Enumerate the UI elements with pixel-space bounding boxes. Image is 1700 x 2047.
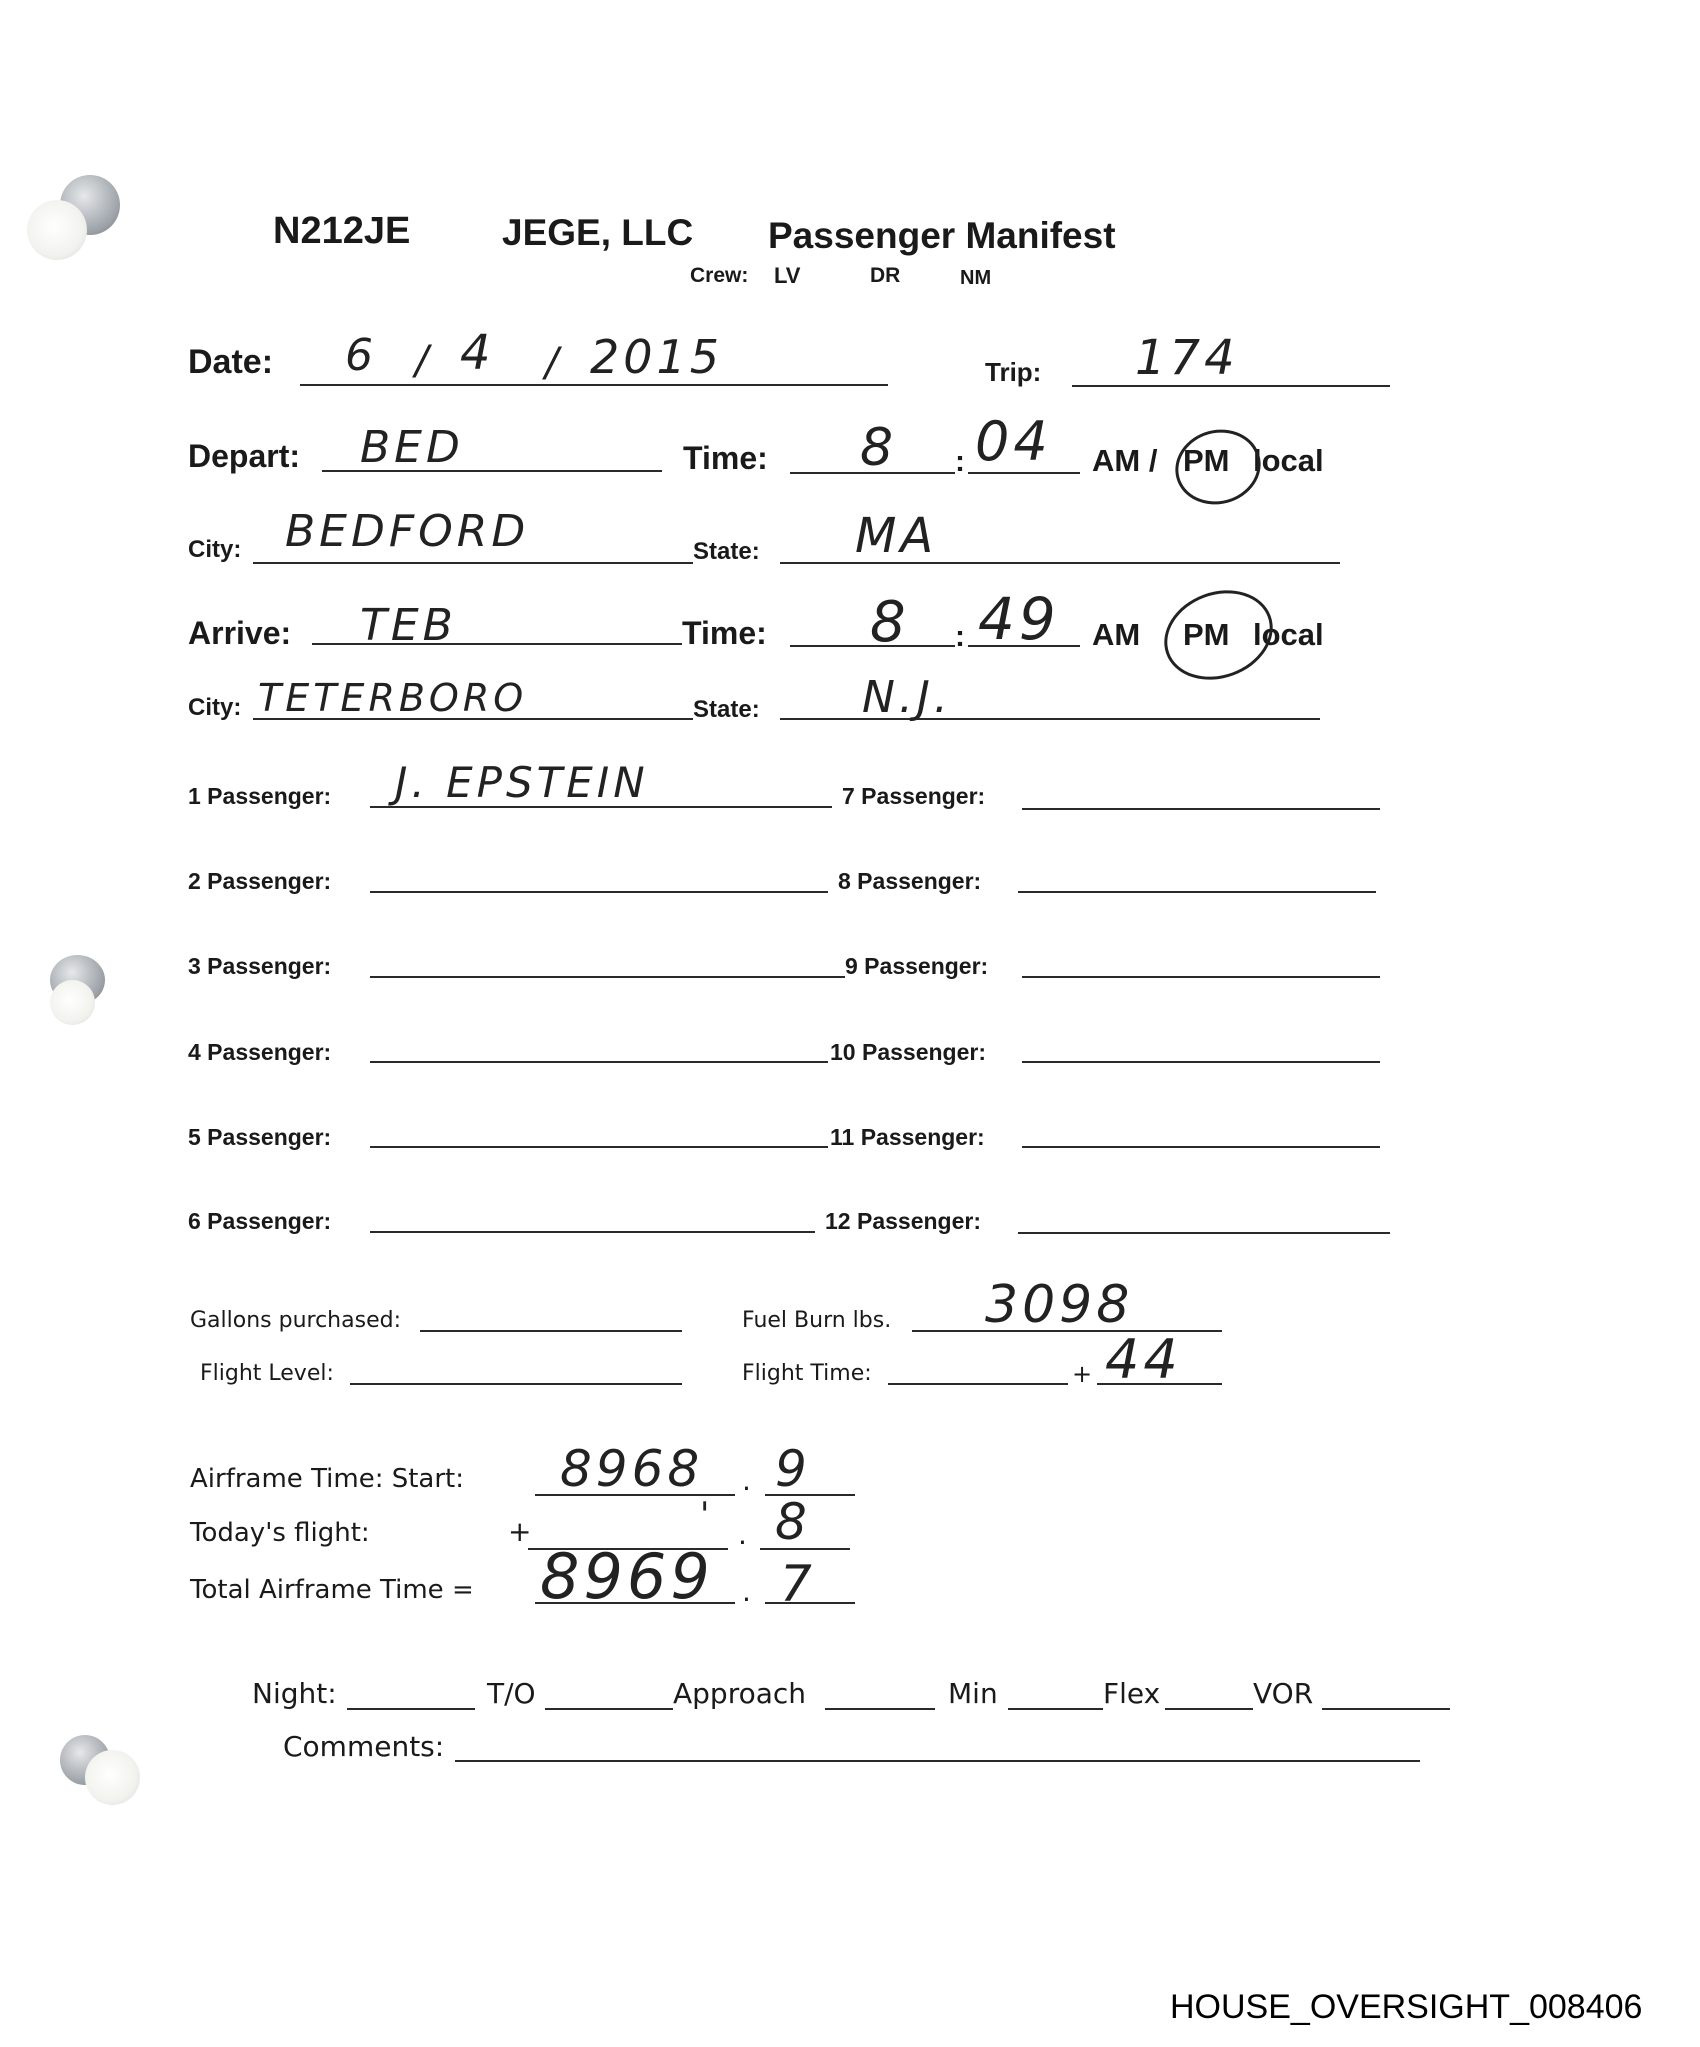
vor-label: VOR	[1253, 1677, 1313, 1710]
hole-punch-middle	[40, 950, 120, 1060]
flight-level-line[interactable]	[350, 1383, 682, 1385]
passenger-8-label: 8 Passenger:	[838, 868, 981, 895]
date-month[interactable]: 6	[345, 330, 377, 381]
crew-member-3: NM	[960, 267, 991, 290]
arrive-city-label: City:	[188, 694, 241, 722]
arrive-state-label: State:	[693, 696, 760, 724]
depart-label: Depart:	[188, 438, 300, 475]
arrive-pm-circle-mark	[1152, 576, 1286, 695]
approach-label: Approach	[673, 1677, 806, 1710]
total-airframe-tenth[interactable]: 7	[780, 1555, 816, 1613]
date-day[interactable]: 4	[460, 325, 495, 381]
passenger-12-label: 12 Passenger:	[825, 1208, 981, 1235]
comments-line[interactable]	[455, 1760, 1420, 1762]
total-airframe-dot: .	[742, 1575, 751, 1608]
date-sep-1: /	[415, 338, 432, 384]
todays-flight-label: Today's flight:	[190, 1518, 370, 1548]
todays-flight-dot: .	[738, 1518, 747, 1551]
arrive-state[interactable]: N.J.	[862, 672, 952, 723]
flex-line[interactable]	[1165, 1708, 1253, 1710]
arrive-time-label: Time:	[682, 615, 767, 652]
min-label: Min	[948, 1677, 998, 1710]
passenger-1-value[interactable]: J. EPSTEIN	[395, 758, 649, 807]
bates-number: HOUSE_OVERSIGHT_008406	[1170, 1988, 1642, 2027]
date-sep-2: /	[545, 340, 562, 386]
depart-hour[interactable]: 8	[860, 418, 897, 478]
hole-punch-top	[22, 170, 132, 270]
airframe-start-tenth[interactable]: 9	[775, 1440, 811, 1498]
hole-punch-bottom	[55, 1730, 155, 1820]
passenger-3-label: 3 Passenger:	[188, 953, 331, 980]
trip-number[interactable]: 174	[1135, 330, 1239, 386]
arrive-state-line	[780, 718, 1320, 720]
passenger-3-line[interactable]	[370, 976, 845, 978]
depart-time-label: Time:	[683, 440, 768, 477]
airframe-start-whole[interactable]: 8968	[560, 1440, 703, 1498]
passenger-2-label: 2 Passenger:	[188, 868, 331, 895]
arrive-hour[interactable]: 8	[870, 590, 910, 655]
date-field-line	[300, 384, 888, 386]
passenger-10-label: 10 Passenger:	[830, 1039, 986, 1066]
depart-city-line	[253, 562, 693, 564]
passenger-5-line[interactable]	[370, 1146, 828, 1148]
depart-local-label: local	[1253, 443, 1324, 479]
passenger-7-label: 7 Passenger:	[842, 783, 985, 810]
crew-member-2: DR	[870, 264, 900, 288]
passenger-9-line[interactable]	[1022, 976, 1380, 978]
passenger-12-line[interactable]	[1018, 1232, 1390, 1234]
depart-state[interactable]: MA	[855, 508, 937, 564]
depart-city-label: City:	[188, 536, 241, 564]
arrive-am-option: AM	[1092, 617, 1140, 653]
vor-line[interactable]	[1322, 1708, 1450, 1710]
fuel-burn-label: Fuel Burn lbs.	[742, 1308, 891, 1333]
passenger-5-label: 5 Passenger:	[188, 1124, 331, 1151]
arrive-airport[interactable]: TEB	[360, 600, 457, 651]
arrive-city[interactable]: TETERBORO	[258, 676, 527, 720]
passenger-6-line[interactable]	[370, 1231, 815, 1233]
depart-minute[interactable]: 04	[975, 410, 1052, 473]
comments-label: Comments:	[283, 1730, 444, 1763]
passenger-6-label: 6 Passenger:	[188, 1208, 331, 1235]
passenger-8-line[interactable]	[1018, 891, 1376, 893]
company-name: JEGE, LLC	[502, 212, 693, 254]
approach-line[interactable]	[825, 1708, 935, 1710]
tail-number: N212JE	[273, 210, 410, 253]
arrive-time-sep: :	[955, 620, 965, 654]
todays-flight-plus: +	[508, 1515, 531, 1548]
airframe-start-label: Airframe Time: Start:	[190, 1464, 464, 1494]
flight-time-hours-line[interactable]	[888, 1383, 1068, 1385]
passenger-2-line[interactable]	[370, 891, 828, 893]
total-airframe-label: Total Airframe Time =	[190, 1575, 474, 1605]
flex-label: Flex	[1103, 1677, 1160, 1710]
date-year[interactable]: 2015	[590, 330, 723, 384]
trip-label: Trip:	[985, 357, 1041, 388]
passenger-4-line[interactable]	[370, 1061, 828, 1063]
crew-member-1: LV	[774, 263, 800, 289]
passenger-7-line[interactable]	[1022, 808, 1380, 810]
flight-time-plus: +	[1072, 1360, 1092, 1388]
todays-flight-whole[interactable]: '	[700, 1495, 713, 1535]
depart-state-label: State:	[693, 538, 760, 566]
crew-label: Crew:	[690, 264, 748, 288]
page-title: Passenger Manifest	[768, 215, 1116, 257]
passenger-10-line[interactable]	[1022, 1061, 1380, 1063]
takeoff-label: T/O	[487, 1677, 536, 1710]
passenger-9-label: 9 Passenger:	[845, 953, 988, 980]
takeoff-line[interactable]	[545, 1708, 673, 1710]
night-line[interactable]	[347, 1708, 475, 1710]
flight-level-label: Flight Level:	[200, 1361, 334, 1386]
fuel-burn-value[interactable]: 3098	[985, 1275, 1133, 1335]
arrive-label: Arrive:	[188, 615, 291, 652]
arrive-minute[interactable]: 49	[978, 585, 1060, 653]
total-airframe-whole[interactable]: 8969	[540, 1540, 714, 1613]
date-label: Date:	[188, 343, 273, 382]
depart-am-option: AM /	[1092, 443, 1157, 479]
depart-airport[interactable]: BED	[360, 422, 464, 473]
airframe-start-dot: .	[742, 1464, 751, 1497]
passenger-1-label: 1 Passenger:	[188, 783, 331, 810]
depart-time-sep: :	[955, 445, 965, 479]
todays-flight-tenth[interactable]: 8	[775, 1493, 811, 1551]
night-label: Night:	[252, 1677, 337, 1710]
min-line[interactable]	[1008, 1708, 1103, 1710]
passenger-11-line[interactable]	[1022, 1146, 1380, 1148]
depart-pm-circle-mark	[1167, 420, 1269, 514]
flight-time-label: Flight Time:	[742, 1361, 872, 1386]
passenger-11-label: 11 Passenger:	[830, 1124, 985, 1151]
gallons-purchased-label: Gallons purchased:	[190, 1308, 401, 1333]
depart-city[interactable]: BEDFORD	[285, 506, 529, 557]
passenger-4-label: 4 Passenger:	[188, 1039, 331, 1066]
gallons-purchased-line[interactable]	[420, 1330, 682, 1332]
flight-time-minutes[interactable]: 44	[1105, 1328, 1182, 1391]
